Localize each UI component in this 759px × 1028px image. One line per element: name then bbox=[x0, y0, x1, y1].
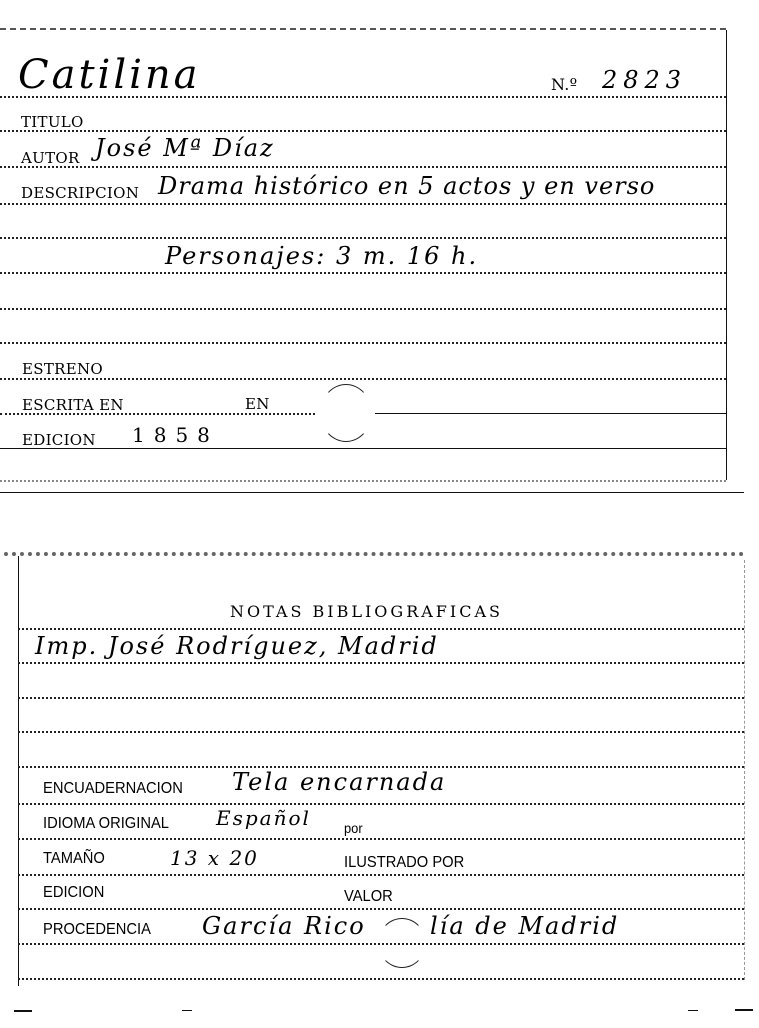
edge-mark bbox=[182, 1010, 192, 1011]
rule bbox=[18, 731, 744, 733]
en-label: EN bbox=[245, 395, 270, 413]
edicion-value: 1858 bbox=[132, 423, 219, 447]
rule bbox=[0, 378, 726, 380]
estreno-label: ESTRENO bbox=[22, 360, 103, 378]
rule bbox=[18, 803, 744, 805]
rule bbox=[0, 130, 726, 132]
rule bbox=[0, 308, 726, 310]
encuadernacion-label: ENCUADERNACION bbox=[43, 780, 183, 798]
procedencia-label: PROCEDENCIA bbox=[43, 921, 151, 939]
valor-label: VALOR bbox=[344, 888, 393, 906]
card-right-border bbox=[726, 30, 727, 480]
autor-value: José Mª Díaz bbox=[95, 134, 275, 162]
card-top-border bbox=[4, 552, 744, 556]
rule bbox=[18, 838, 744, 840]
rule bbox=[0, 237, 726, 239]
edge-mark bbox=[735, 1009, 753, 1011]
tamano-value: 13 x 20 bbox=[170, 846, 259, 870]
procedencia-value-end: lía de Madrid bbox=[430, 912, 619, 940]
notes-line1: Imp. José Rodríguez, Madrid bbox=[35, 632, 439, 660]
ilustrado-por-label: ILUSTRADO POR bbox=[344, 854, 464, 872]
rule bbox=[18, 662, 744, 664]
card-bottom-edge bbox=[0, 492, 744, 493]
rule bbox=[0, 448, 726, 449]
edicion-label: EDICION bbox=[43, 884, 104, 902]
number-label: N.º bbox=[551, 75, 578, 94]
number-value: 2823 bbox=[602, 66, 687, 94]
descripcion-value-line2: Personajes: 3 m. 16 h. bbox=[165, 242, 478, 270]
rule bbox=[0, 166, 726, 168]
edge-mark bbox=[14, 1010, 32, 1012]
rule bbox=[18, 908, 744, 910]
rule bbox=[18, 978, 744, 980]
autor-label: AUTOR bbox=[21, 149, 80, 167]
notas-heading: NOTAS BIBLIOGRAFICAS bbox=[230, 602, 503, 621]
escrita-en-label: ESCRITA EN bbox=[22, 396, 124, 414]
encuadernacion-value: Tela encarnada bbox=[232, 768, 446, 796]
card-top-border bbox=[0, 28, 726, 30]
rule bbox=[0, 96, 726, 98]
idioma-original-label: IDIOMA ORIGINAL bbox=[43, 815, 169, 833]
idioma-original-value: Español bbox=[216, 806, 311, 830]
card-right-border bbox=[744, 560, 745, 980]
edge-mark bbox=[688, 1010, 698, 1011]
rule bbox=[18, 874, 744, 876]
descripcion-value: Drama histórico en 5 actos y en verso bbox=[158, 172, 655, 200]
rule bbox=[0, 480, 726, 482]
rule bbox=[0, 342, 726, 344]
titulo-label: TITULO bbox=[21, 113, 84, 131]
rule bbox=[0, 203, 726, 205]
title-handwritten: Catilina bbox=[18, 52, 201, 98]
rule bbox=[18, 628, 744, 630]
edicion-label: EDICION bbox=[22, 431, 96, 449]
procedencia-value: García Rico bbox=[202, 912, 366, 940]
rule bbox=[18, 943, 744, 945]
rule bbox=[0, 272, 726, 274]
descripcion-label: DESCRIPCION bbox=[21, 184, 139, 202]
por-label: por bbox=[344, 820, 363, 836]
rule bbox=[18, 697, 744, 699]
rule bbox=[0, 413, 315, 415]
card-left-border bbox=[18, 556, 19, 986]
tamano-label: TAMAÑO bbox=[43, 850, 105, 868]
punch-hole bbox=[320, 384, 372, 442]
rule bbox=[375, 413, 726, 414]
